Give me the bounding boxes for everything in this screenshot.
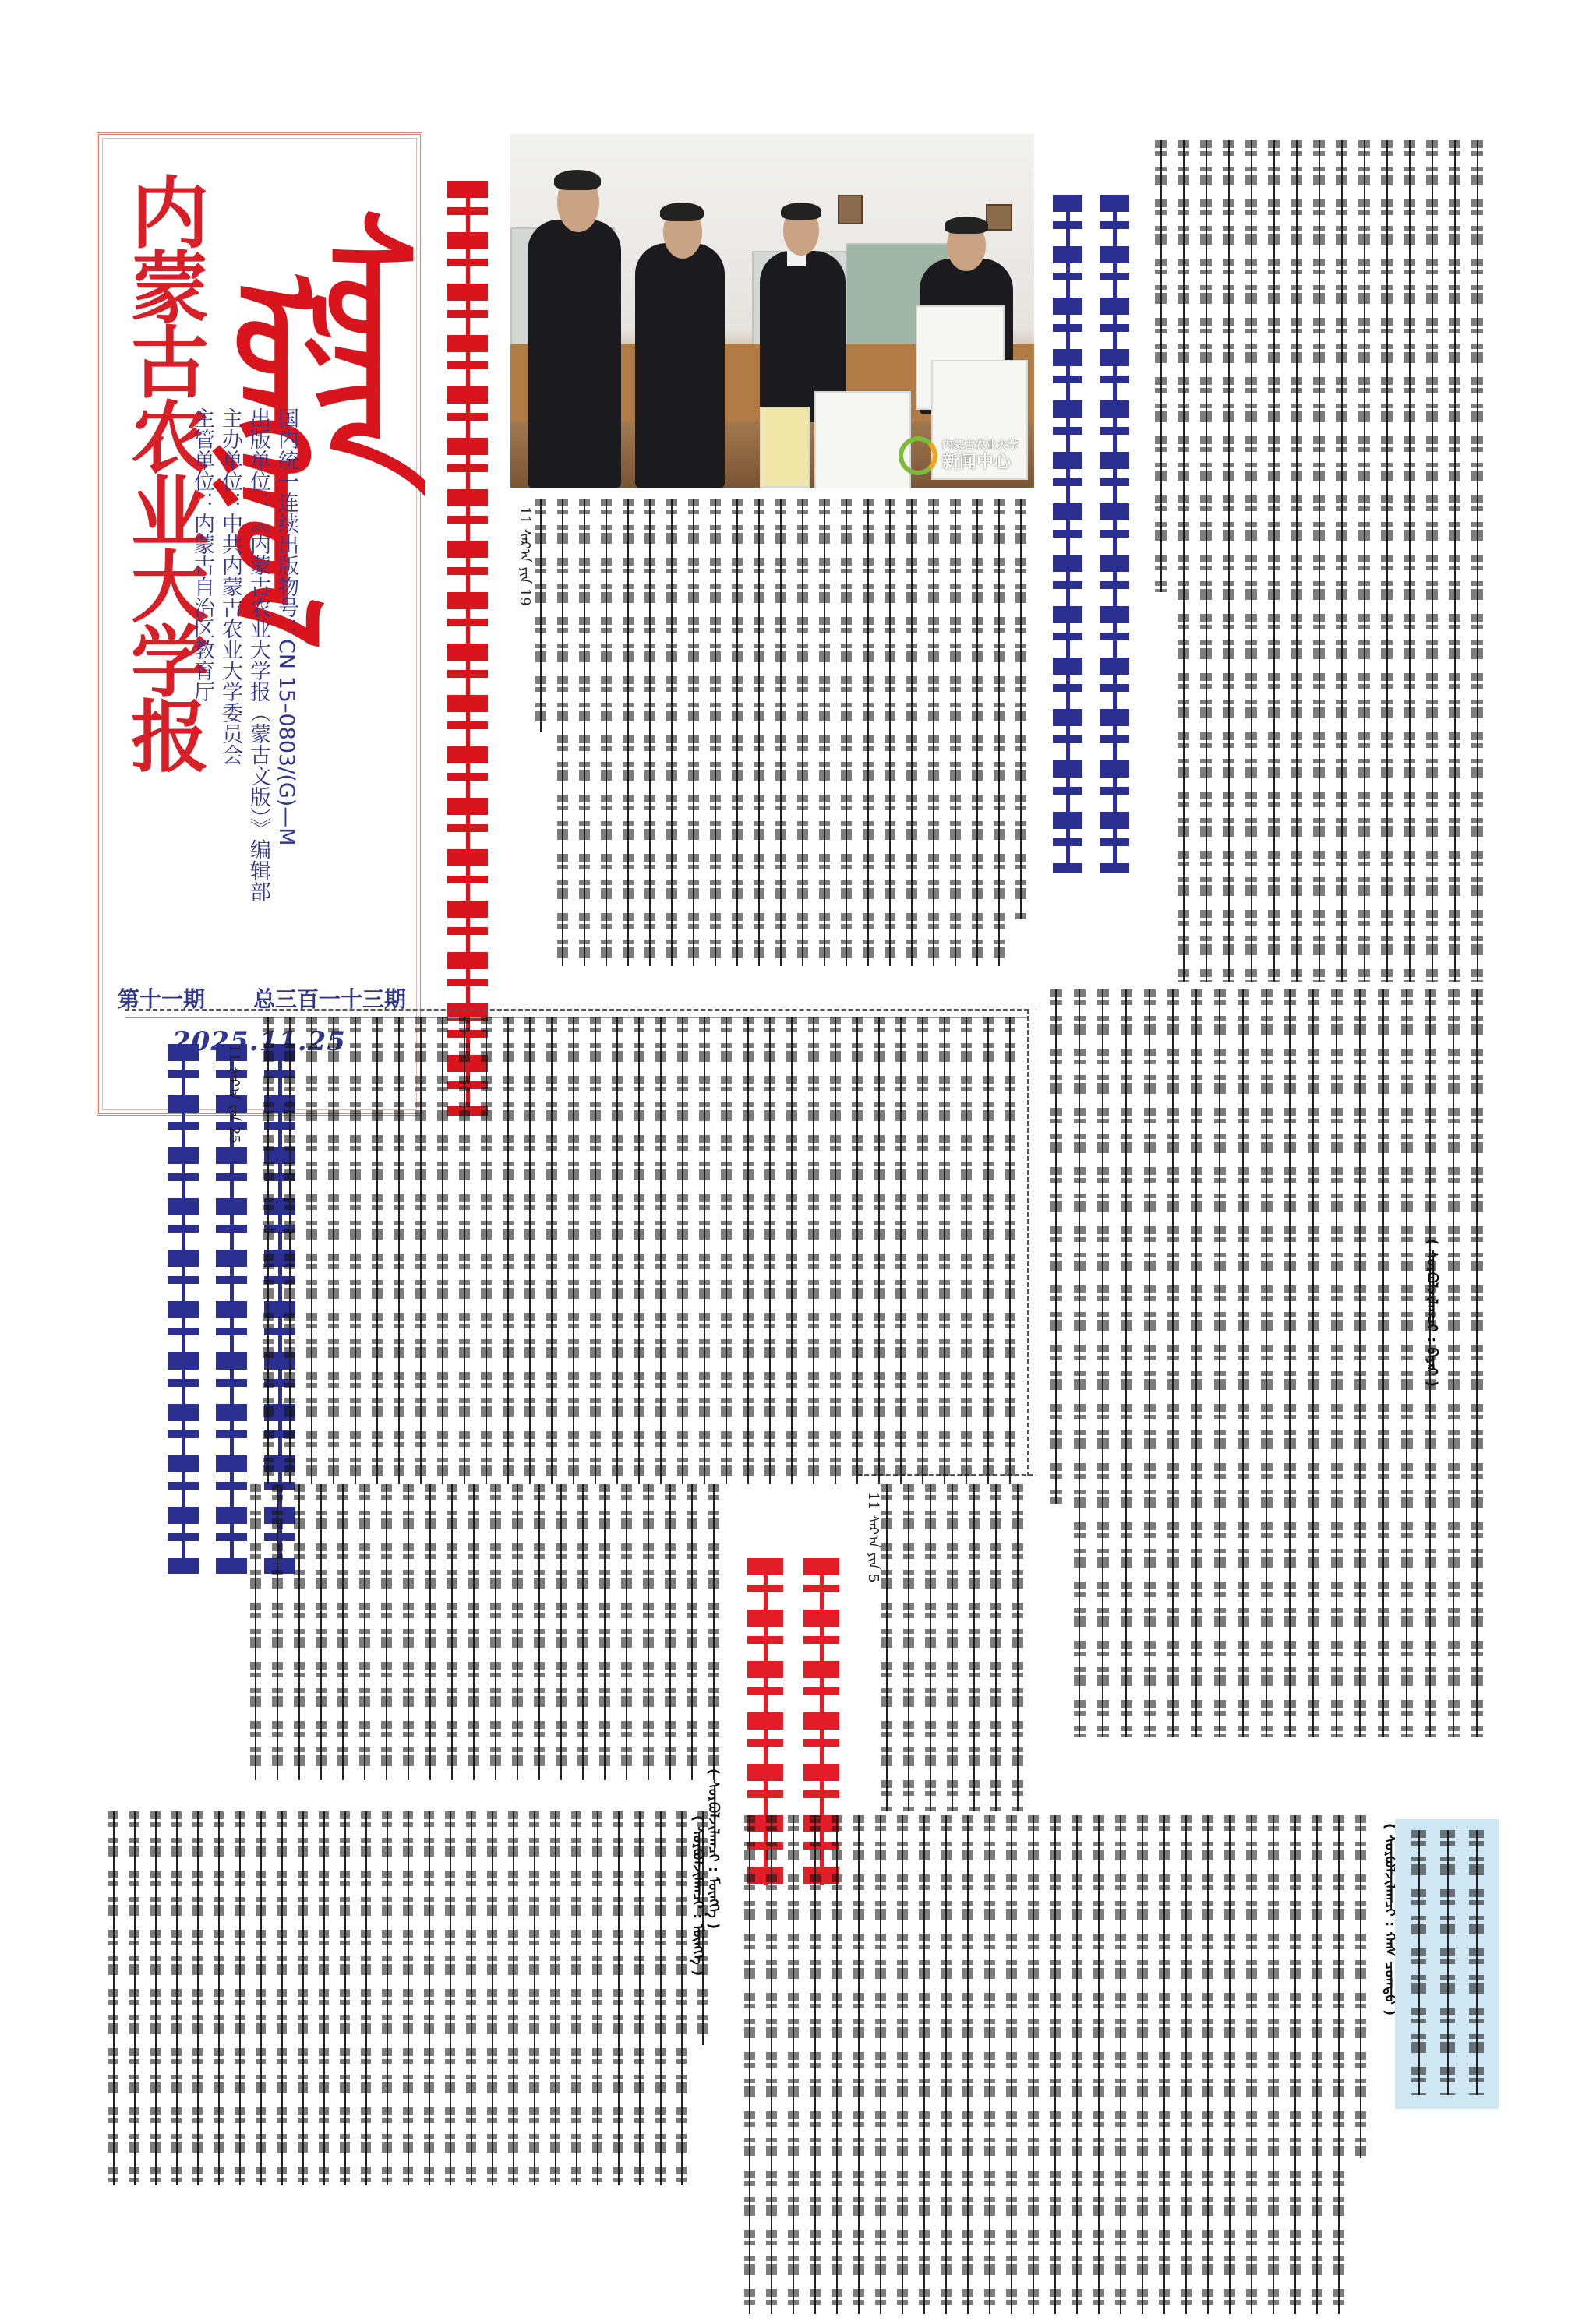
pub-info-line-4: 主管单位：内蒙古自治区教育厅 xyxy=(188,407,216,702)
middle-left-article-continued xyxy=(242,1484,725,1780)
lead-photo: 内蒙古农业大学 新闻中心 xyxy=(510,134,1034,488)
bottom-left-byline: ( ᠰᠤᠷᠪᠤᠯᠵᠢᠯᠠᠭᠴᠢ : ᠮᠥᠩᠬᠡ ) xyxy=(686,1815,710,1976)
news-center-logo-icon xyxy=(899,436,937,475)
watermark-line-1: 内蒙古农业大学 xyxy=(942,439,1019,453)
masthead: 内蒙古农业大学报 ᠮᠣᠩᠭᠣᠯ ᠰᠣᠨᠢᠨ 国内统一连续出版物号：CN 15–0… xyxy=(97,132,422,1116)
masthead-mongolian-calligraphy-right: ᠰᠣᠨᠢᠨ xyxy=(308,197,425,469)
pub-info-line-2: 出版单位：《内蒙古农业大学报（蒙古文版）》编辑部 xyxy=(244,407,272,902)
top-right-article-body xyxy=(1146,140,1488,982)
news-center-watermark: 内蒙古农业大学 新闻中心 xyxy=(899,436,1019,475)
credits-text xyxy=(1403,1830,1491,2095)
top-right-headline-col-2 xyxy=(1044,195,1091,873)
top-right-headline-col-1 xyxy=(1091,195,1138,873)
lead-dateline: 11 ᠰᠠᠷ᠎ᠠ ᠶᠢᠨ 19 xyxy=(513,506,537,606)
top-right-byline: ( ᠰᠤᠷᠪᠤᠯᠵᠢᠯᠠᠭᠴᠢ : ᠪᠠᠶᠠᠷ ) xyxy=(1420,1239,1444,1387)
middle-left-headline-col-3 xyxy=(159,1044,207,1574)
lead-article-body xyxy=(514,499,1032,966)
lead-headline-column xyxy=(436,181,499,1116)
watermark-line-2: 新闻中心 xyxy=(942,453,1019,473)
pub-info-line-1: 国内统一连续出版物号：CN 15–0803/(G)—M xyxy=(272,407,300,846)
middle-center-dateline: 11 ᠰᠠᠷ᠎ᠠ ᠶᠢᠨ 5 xyxy=(861,1492,885,1582)
lead-headline xyxy=(436,181,499,1116)
credits-box xyxy=(1395,1819,1499,2109)
middle-left-article-body xyxy=(242,1017,1021,1484)
top-right-headline xyxy=(1044,195,1138,873)
section-divider-vertical xyxy=(1027,1009,1036,1476)
bottom-left-article-body xyxy=(97,1811,713,2185)
pub-info-line-3: 主办单位：中共内蒙古农业大学委员会 xyxy=(216,407,244,765)
bottom-right-article-body xyxy=(725,1815,1372,2314)
